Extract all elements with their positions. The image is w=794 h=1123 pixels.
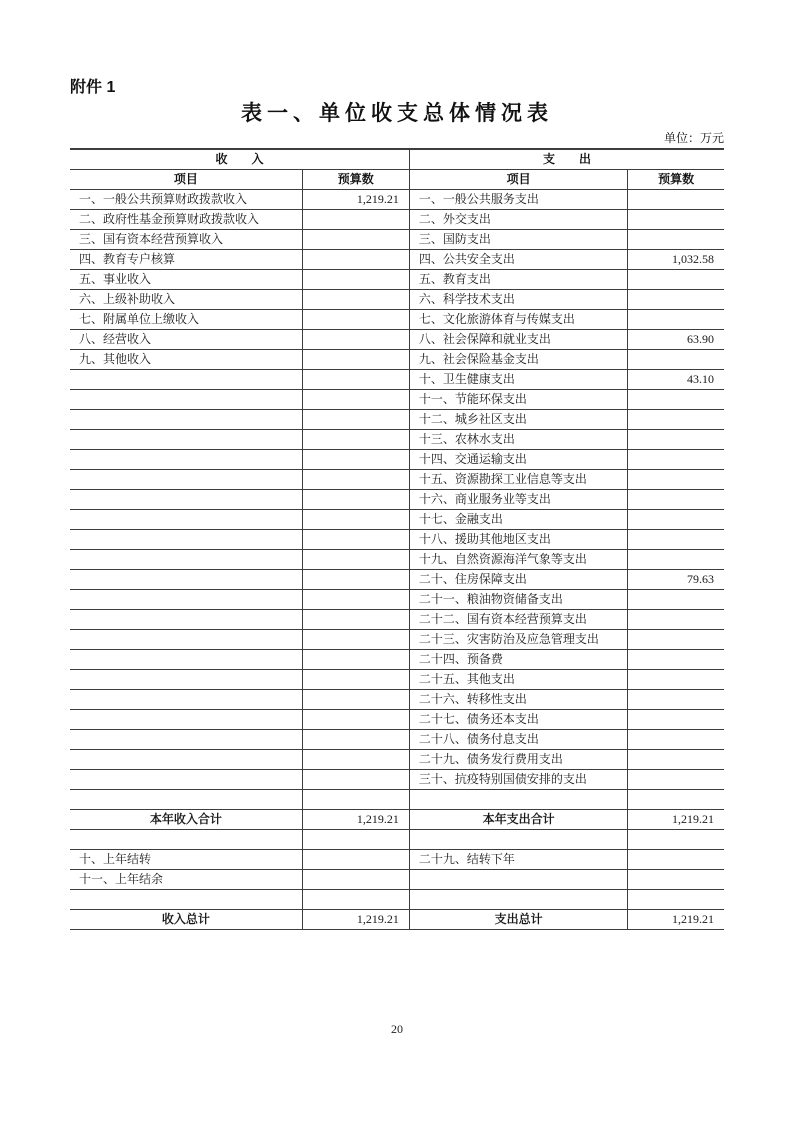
income-item-cell: 一、一般公共预算财政拨款收入 (70, 189, 302, 209)
expense-item-cell: 十五、资源勘探工业信息等支出 (409, 469, 627, 489)
expense-value-cell (628, 209, 724, 229)
income-item-cell (70, 609, 302, 629)
expense-item-cell (409, 869, 627, 889)
income-value-cell (302, 789, 409, 809)
expense-item-cell: 二十六、转移性支出 (409, 689, 627, 709)
income-value-cell (302, 489, 409, 509)
income-value-cell (302, 249, 409, 269)
table-row: 十七、金融支出 (70, 509, 724, 529)
section-header-row: 收 入 支 出 (70, 149, 724, 169)
expense-item-cell: 十九、自然资源海洋气象等支出 (409, 549, 627, 569)
income-item-cell (70, 669, 302, 689)
income-value-cell (302, 849, 409, 869)
income-item-cell: 五、事业收入 (70, 269, 302, 289)
income-item-cell (70, 889, 302, 909)
table-row: 五、事业收入五、教育支出 (70, 269, 724, 289)
table-row: 二十五、其他支出 (70, 669, 724, 689)
expense-value-cell (628, 469, 724, 489)
expense-value-cell (628, 829, 724, 849)
expense-value-cell: 63.90 (628, 329, 724, 349)
income-item-cell (70, 489, 302, 509)
income-item-cell: 三、国有资本经营预算收入 (70, 229, 302, 249)
expense-item-cell: 二十二、国有资本经营预算支出 (409, 609, 627, 629)
income-item-cell (70, 649, 302, 669)
table-row: 十一、上年结余 (70, 869, 724, 889)
table-row: 十、上年结转二十九、结转下年 (70, 849, 724, 869)
table-row: 十六、商业服务业等支出 (70, 489, 724, 509)
expense-value-cell (628, 449, 724, 469)
table-row: 二十一、粮油物资储备支出 (70, 589, 724, 609)
income-item-cell: 十一、上年结余 (70, 869, 302, 889)
income-value-cell (302, 269, 409, 289)
expense-item-cell: 二十九、债务发行费用支出 (409, 749, 627, 769)
income-value-cell (302, 349, 409, 369)
income-value-cell (302, 749, 409, 769)
expense-item-cell: 十二、城乡社区支出 (409, 409, 627, 429)
blank-row (70, 789, 724, 809)
expense-item-cell: 七、文化旅游体育与传媒支出 (409, 309, 627, 329)
table-row: 二十八、债务付息支出 (70, 729, 724, 749)
expense-value-cell: 1,032.58 (628, 249, 724, 269)
income-item-cell (70, 749, 302, 769)
attachment-label: 附件 1 (70, 74, 115, 97)
expense-value-cell (628, 609, 724, 629)
table-row: 十三、农林水支出 (70, 429, 724, 449)
table-row: 七、附属单位上缴收入七、文化旅游体育与传媒支出 (70, 309, 724, 329)
income-item-cell (70, 569, 302, 589)
table-row: 二十二、国有资本经营预算支出 (70, 609, 724, 629)
expense-item-cell (409, 889, 627, 909)
income-value-cell (302, 889, 409, 909)
income-item-cell (70, 469, 302, 489)
income-item-cell (70, 589, 302, 609)
unit-label: 单位：万元 (664, 129, 724, 146)
expense-value-cell (628, 849, 724, 869)
expense-item-cell (409, 789, 627, 809)
expense-value-cell (628, 509, 724, 529)
expense-value-cell: 79.63 (628, 569, 724, 589)
expense-value-cell (628, 749, 724, 769)
income-item-cell (70, 709, 302, 729)
income-value-cell (302, 629, 409, 649)
expense-item-cell: 三、国防支出 (409, 229, 627, 249)
income-value-cell (302, 409, 409, 429)
expense-value-cell (628, 869, 724, 889)
expense-value-cell (628, 229, 724, 249)
income-value-cell (302, 469, 409, 489)
expense-item-cell: 十三、农林水支出 (409, 429, 627, 449)
income-item-header: 项目 (70, 169, 302, 189)
income-value-cell (302, 289, 409, 309)
income-item-cell: 本年收入合计 (70, 809, 302, 829)
expense-value-cell (628, 309, 724, 329)
income-value-cell (302, 509, 409, 529)
income-item-cell (70, 549, 302, 569)
expense-item-cell: 本年支出合计 (409, 809, 627, 829)
income-item-cell: 七、附属单位上缴收入 (70, 309, 302, 329)
income-item-cell (70, 409, 302, 429)
income-value-cell: 1,219.21 (302, 909, 409, 929)
expense-value-cell (628, 549, 724, 569)
income-value-cell (302, 449, 409, 469)
expense-item-cell: 一、一般公共服务支出 (409, 189, 627, 209)
table-row: 二十、住房保障支出79.63 (70, 569, 724, 589)
table-row: 四、教育专户核算四、公共安全支出1,032.58 (70, 249, 724, 269)
expense-section-header: 支 出 (409, 149, 724, 169)
expense-item-cell: 二十九、结转下年 (409, 849, 627, 869)
income-value-cell: 1,219.21 (302, 809, 409, 829)
table-row: 二十七、债务还本支出 (70, 709, 724, 729)
expense-item-cell: 二十三、灾害防治及应急管理支出 (409, 629, 627, 649)
income-value-cell (302, 429, 409, 449)
expense-item-cell: 九、社会保险基金支出 (409, 349, 627, 369)
total-row: 本年收入合计1,219.21本年支出合计1,219.21 (70, 809, 724, 829)
income-value-cell: 1,219.21 (302, 189, 409, 209)
income-value-cell (302, 669, 409, 689)
income-item-cell (70, 389, 302, 409)
document-page: 附件 1 表一、单位收支总体情况表 单位：万元 收 入 支 出 项目 预算数 项… (0, 0, 794, 1123)
expense-value-cell (628, 489, 724, 509)
budget-table: 收 入 支 出 项目 预算数 项目 预算数 一、一般公共预算财政拨款收入1,21… (70, 148, 724, 930)
expense-value-cell (628, 529, 724, 549)
income-value-cell (302, 329, 409, 349)
income-item-cell: 十、上年结转 (70, 849, 302, 869)
income-item-cell (70, 829, 302, 849)
income-value-cell (302, 689, 409, 709)
expense-value-cell (628, 789, 724, 809)
income-value-cell (302, 829, 409, 849)
total-row: 收入总计1,219.21支出总计1,219.21 (70, 909, 724, 929)
income-item-cell: 六、上级补助收入 (70, 289, 302, 309)
expense-value-cell (628, 649, 724, 669)
expense-value-cell (628, 889, 724, 909)
expense-item-cell (409, 829, 627, 849)
blank-row (70, 829, 724, 849)
column-header-row: 项目 预算数 项目 预算数 (70, 169, 724, 189)
expense-value-cell: 43.10 (628, 369, 724, 389)
expense-item-cell: 五、教育支出 (409, 269, 627, 289)
expense-item-cell: 二十四、预备费 (409, 649, 627, 669)
expense-item-cell: 十四、交通运输支出 (409, 449, 627, 469)
income-value-cell (302, 589, 409, 609)
table-row: 十八、援助其他地区支出 (70, 529, 724, 549)
income-value-cell (302, 709, 409, 729)
income-item-cell: 收入总计 (70, 909, 302, 929)
expense-item-cell: 十七、金融支出 (409, 509, 627, 529)
income-value-cell (302, 649, 409, 669)
table-row: 二十三、灾害防治及应急管理支出 (70, 629, 724, 649)
income-value-cell (302, 309, 409, 329)
expense-value-cell (628, 389, 724, 409)
income-section-header: 收 入 (70, 149, 409, 169)
table-row: 九、其他收入九、社会保险基金支出 (70, 349, 724, 369)
income-item-cell (70, 769, 302, 789)
expense-item-cell: 六、科学技术支出 (409, 289, 627, 309)
income-item-cell (70, 529, 302, 549)
income-item-cell (70, 369, 302, 389)
table-row: 八、经营收入八、社会保障和就业支出63.90 (70, 329, 724, 349)
expense-value-cell (628, 429, 724, 449)
expense-value-cell (628, 629, 724, 649)
income-item-cell (70, 729, 302, 749)
table-row: 二十九、债务发行费用支出 (70, 749, 724, 769)
expense-item-cell: 八、社会保障和就业支出 (409, 329, 627, 349)
income-item-cell: 二、政府性基金预算财政拨款收入 (70, 209, 302, 229)
expense-item-header: 项目 (409, 169, 627, 189)
expense-item-cell: 支出总计 (409, 909, 627, 929)
income-value-cell (302, 869, 409, 889)
table-row: 二、政府性基金预算财政拨款收入二、外交支出 (70, 209, 724, 229)
income-item-cell (70, 449, 302, 469)
expense-value-cell (628, 709, 724, 729)
income-value-cell (302, 369, 409, 389)
income-item-cell: 九、其他收入 (70, 349, 302, 369)
table-row: 十二、城乡社区支出 (70, 409, 724, 429)
income-value-cell (302, 569, 409, 589)
expense-value-cell (628, 189, 724, 209)
income-value-cell (302, 769, 409, 789)
expense-item-cell: 十八、援助其他地区支出 (409, 529, 627, 549)
income-item-cell (70, 689, 302, 709)
expense-item-cell: 二十七、债务还本支出 (409, 709, 627, 729)
expense-value-cell: 1,219.21 (628, 909, 724, 929)
income-item-cell (70, 429, 302, 449)
table-row: 二十六、转移性支出 (70, 689, 724, 709)
expense-value-cell (628, 689, 724, 709)
expense-item-cell: 十六、商业服务业等支出 (409, 489, 627, 509)
expense-value-cell (628, 409, 724, 429)
table-row: 十五、资源勘探工业信息等支出 (70, 469, 724, 489)
income-value-cell (302, 729, 409, 749)
table-row: 十九、自然资源海洋气象等支出 (70, 549, 724, 569)
income-budget-header: 预算数 (302, 169, 409, 189)
income-item-cell: 八、经营收入 (70, 329, 302, 349)
income-value-cell (302, 549, 409, 569)
page-title: 表一、单位收支总体情况表 (0, 97, 794, 127)
page-number: 20 (0, 1022, 794, 1037)
income-value-cell (302, 609, 409, 629)
income-item-cell (70, 509, 302, 529)
expense-item-cell: 二十五、其他支出 (409, 669, 627, 689)
expense-item-cell: 二十八、债务付息支出 (409, 729, 627, 749)
expense-value-cell (628, 669, 724, 689)
expense-value-cell (628, 269, 724, 289)
expense-budget-header: 预算数 (628, 169, 724, 189)
expense-value-cell: 1,219.21 (628, 809, 724, 829)
expense-item-cell: 二十一、粮油物资储备支出 (409, 589, 627, 609)
expense-item-cell: 十、卫生健康支出 (409, 369, 627, 389)
table-row: 十四、交通运输支出 (70, 449, 724, 469)
income-value-cell (302, 209, 409, 229)
expense-value-cell (628, 349, 724, 369)
table-row: 二十四、预备费 (70, 649, 724, 669)
table-row: 三、国有资本经营预算收入三、国防支出 (70, 229, 724, 249)
expense-value-cell (628, 729, 724, 749)
income-item-cell (70, 789, 302, 809)
income-value-cell (302, 529, 409, 549)
expense-item-cell: 三十、抗疫特别国债安排的支出 (409, 769, 627, 789)
expense-value-cell (628, 289, 724, 309)
income-value-cell (302, 389, 409, 409)
expense-value-cell (628, 589, 724, 609)
expense-item-cell: 十一、节能环保支出 (409, 389, 627, 409)
income-item-cell: 四、教育专户核算 (70, 249, 302, 269)
income-value-cell (302, 229, 409, 249)
table-row: 六、上级补助收入六、科学技术支出 (70, 289, 724, 309)
expense-item-cell: 二、外交支出 (409, 209, 627, 229)
table-row: 十一、节能环保支出 (70, 389, 724, 409)
table-row: 十、卫生健康支出43.10 (70, 369, 724, 389)
expense-item-cell: 四、公共安全支出 (409, 249, 627, 269)
table-row: 一、一般公共预算财政拨款收入1,219.21一、一般公共服务支出 (70, 189, 724, 209)
table-row: 三十、抗疫特别国债安排的支出 (70, 769, 724, 789)
expense-item-cell: 二十、住房保障支出 (409, 569, 627, 589)
expense-value-cell (628, 769, 724, 789)
blank-row (70, 889, 724, 909)
income-item-cell (70, 629, 302, 649)
